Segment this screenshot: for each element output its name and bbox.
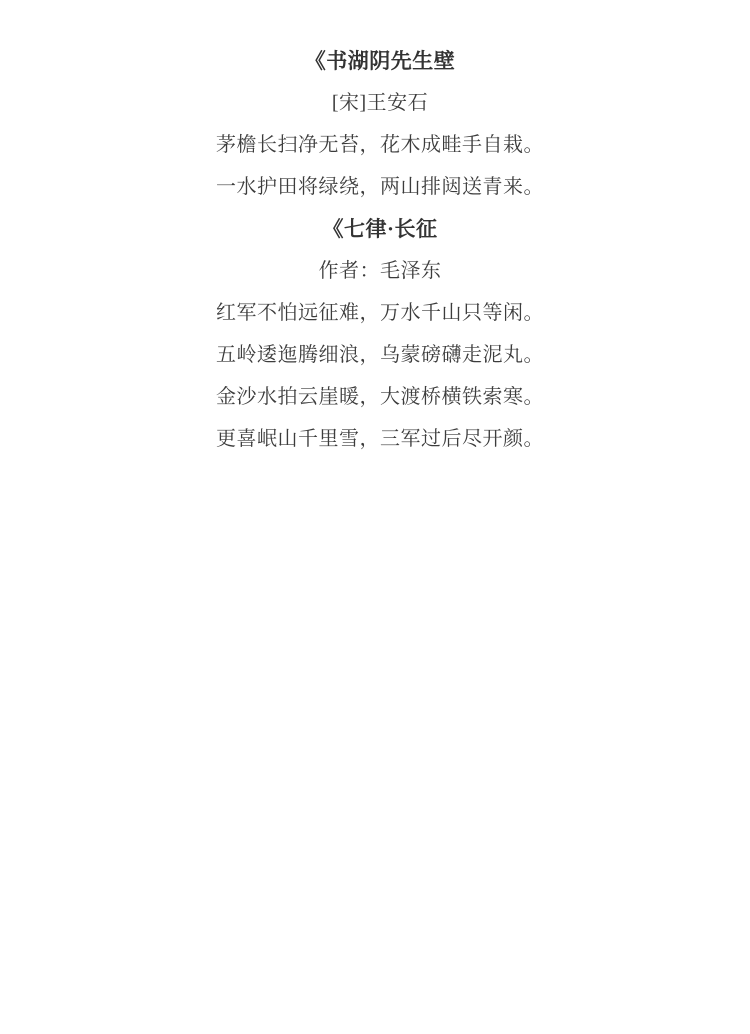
poem-title: 《书湖阴先生壁: [10, 40, 750, 82]
poem-changzheng: 《七律·长征 作者：毛泽东 红军不怕远征难，万水千山只等闲。 五岭逶迤腾细浪，乌…: [10, 208, 750, 460]
poem-title: 《七律·长征: [10, 208, 750, 250]
document-page: 《书湖阴先生壁 [宋]王安石 茅檐长扫净无苔，花木成畦手自栽。 一水护田将绿绕，…: [0, 0, 750, 1034]
poem-line: 五岭逶迤腾细浪，乌蒙磅礴走泥丸。: [10, 334, 750, 376]
poem-line: 红军不怕远征难，万水千山只等闲。: [10, 292, 750, 334]
poem-line: 茅檐长扫净无苔，花木成畦手自栽。: [10, 124, 750, 166]
poem-author: 作者：毛泽东: [10, 250, 750, 292]
poem-author: [宋]王安石: [10, 82, 750, 124]
poem-line: 金沙水拍云崖暖，大渡桥横铁索寒。: [10, 376, 750, 418]
poem-line: 更喜岷山千里雪，三军过后尽开颜。: [10, 418, 750, 460]
poem-shuhuyin: 《书湖阴先生壁 [宋]王安石 茅檐长扫净无苔，花木成畦手自栽。 一水护田将绿绕，…: [10, 40, 750, 208]
poem-line: 一水护田将绿绕，两山排闼送青来。: [10, 166, 750, 208]
